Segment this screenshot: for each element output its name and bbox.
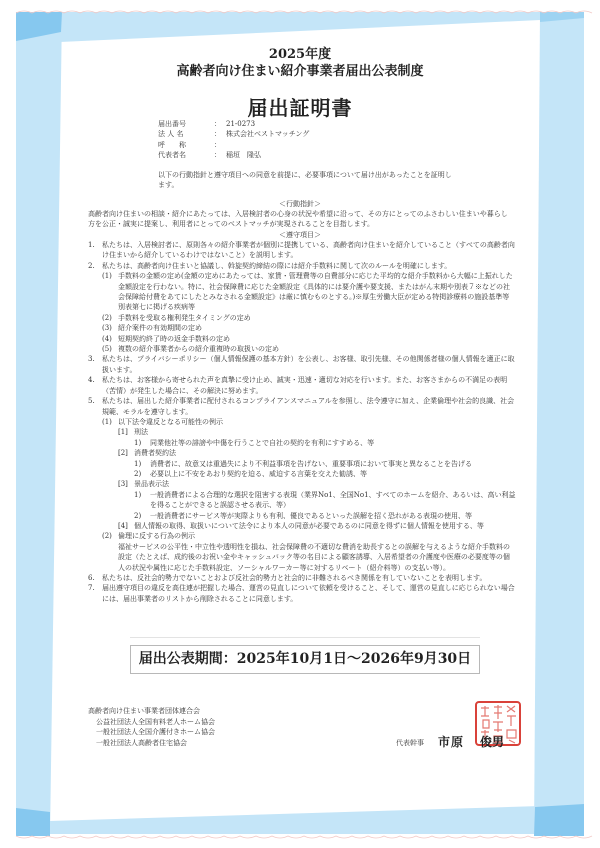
- field-trade-name: 呼 称 ：: [158, 140, 309, 150]
- law-point: 2) 必要以上に不安をあおり契約を迫る、威迫する言葉を交えた勧誘、等: [134, 469, 516, 479]
- field-corporate-name: 法 人 名 ： 株式会社ベストマッチング: [158, 129, 309, 139]
- fee-rule-1: (1) 手数料の金額の定め(金額の定めにあたっては、家賃・管理費等の自費部分に応…: [102, 271, 516, 313]
- law-point: 2) 一般消費者にサービス等が実際よりも有利、優良であるといった誤解を招く恐れが…: [134, 511, 516, 521]
- law-point: 1) 同業他社等の誹謗や中傷を行うことで自社の契約を有利にすすめる、等: [134, 438, 516, 448]
- fee-rule-3: (3) 紹介案件の有効期間の定め: [102, 323, 516, 333]
- guideline-text: 高齢者向け住まいの相談・紹介にあたっては、入居検討者の心身の状況や希望に沿って、…: [88, 209, 514, 230]
- federation-name: 高齢者向け住まい事業者団体連合会: [88, 706, 215, 717]
- compliance-list: 1. 私たちは、入居検討者に、原則各々の紹介事業者が個別に提携している、高齢者向…: [88, 240, 516, 604]
- compliance-item-1: 1. 私たちは、入居検討者に、原則各々の紹介事業者が個別に提携している、高齢者向…: [88, 240, 516, 261]
- field-registration-number: 届出番号 ： 21-0273: [158, 119, 309, 129]
- member-association: 公益社団法人全国有料老人ホーム協会: [88, 717, 215, 728]
- program-name: 高齢者向け住まい紹介事業者届出公表制度: [0, 60, 600, 79]
- representative-family-name: 市原: [438, 733, 464, 750]
- ethics-violation-detail: 福祉サービスの公平性・中立性や透明性を損ね、社会保障費の不適切な費消を助長すると…: [118, 542, 516, 573]
- law-personal-information: [4] 個人情報の取得、取扱いについて法令により本人の同意が必要であるのに同意を…: [118, 521, 516, 531]
- representative-title: 代表幹事: [396, 738, 424, 748]
- compliance-item-3: 3. 私たちは、プライバシーポリシー（個人情報保護の基本方針）を公表し、お客様、…: [88, 354, 516, 375]
- fee-rule-5: (5) 複数の紹介事業者からの紹介重複時の取扱いの定め: [102, 344, 516, 354]
- representative-given-name: 俊男: [480, 733, 504, 750]
- compliance-item-6: 6. 私たちは、反社会的勢力でないことおよび反社会的勢力と社会的に非難されるべき…: [88, 573, 516, 583]
- certification-statement: 以下の行動指針と遵守項目への同意を前提に、必要事項について届け出があったことを証…: [158, 170, 458, 191]
- compliance-item-4: 4. 私たちは、お客様から寄せられた声を真摯に受け止め、誠実・迅速・適切な対応を…: [88, 375, 516, 396]
- member-association: 一般社団法人高齢者住宅協会: [88, 738, 215, 749]
- issuing-organization: 高齢者向け住まい事業者団体連合会 公益社団法人全国有料老人ホーム協会 一般社団法…: [88, 706, 215, 748]
- member-association: 一般社団法人全国介護付きホーム協会: [88, 727, 215, 738]
- law-criminal: [1] 刑法: [118, 427, 516, 437]
- publication-period: 届出公表期間：2025年10月1日～2026年9月30日: [130, 645, 480, 674]
- divider: [130, 637, 480, 638]
- representative-name: 稲垣 隆弘: [226, 150, 261, 160]
- fee-rule-2: (2) 手数料を受取る権利発生タイミングの定め: [102, 313, 516, 323]
- compliance-item-2: 2. 私たちは、高齢者向け住まいと協議し、斡旋契約締結の際には紹介手数料に関して…: [88, 261, 516, 271]
- registrant-info: 届出番号 ： 21-0273 法 人 名 ： 株式会社ベストマッチング 呼 称 …: [158, 119, 309, 161]
- registration-number: 21-0273: [226, 119, 255, 129]
- fee-rule-4: (4) 短期契約終了時の返金手数料の定め: [102, 334, 516, 344]
- law-consumer-contract: [2] 消費者契約法: [118, 448, 516, 458]
- law-premiums-labeling: [3] 景品表示法: [118, 479, 516, 489]
- legal-violation-examples: (1) 以下法令違反となる可能性の例示: [102, 417, 516, 427]
- field-representative: 代表者名 ： 稲垣 隆弘: [158, 150, 309, 160]
- compliance-item-7: 7. 届出遵守項目の違反を高住連が把握した場合、運営の見直しについて依頼を受ける…: [88, 583, 516, 604]
- guideline-heading: ＜行動指針＞: [0, 199, 600, 209]
- compliance-item-5: 5. 私たちは、届出した紹介事業者に配付されるコンプライアンスマニュアルを参照し…: [88, 396, 516, 417]
- law-point: 1) 消費者に、故意又は重過失により不利益事項を告げない、重要事項において事実と…: [134, 459, 516, 469]
- law-point: 1) 一般消費者による合理的な選択を阻害する表現（業界No1、全国No1、すべて…: [134, 490, 516, 511]
- corporate-name: 株式会社ベストマッチング: [226, 129, 309, 139]
- page-title: 届出証明書: [0, 92, 600, 121]
- compliance-heading: ＜遵守項目＞: [0, 230, 600, 240]
- ethics-violation-examples: (2) 倫理に反する行為の例示: [102, 531, 516, 541]
